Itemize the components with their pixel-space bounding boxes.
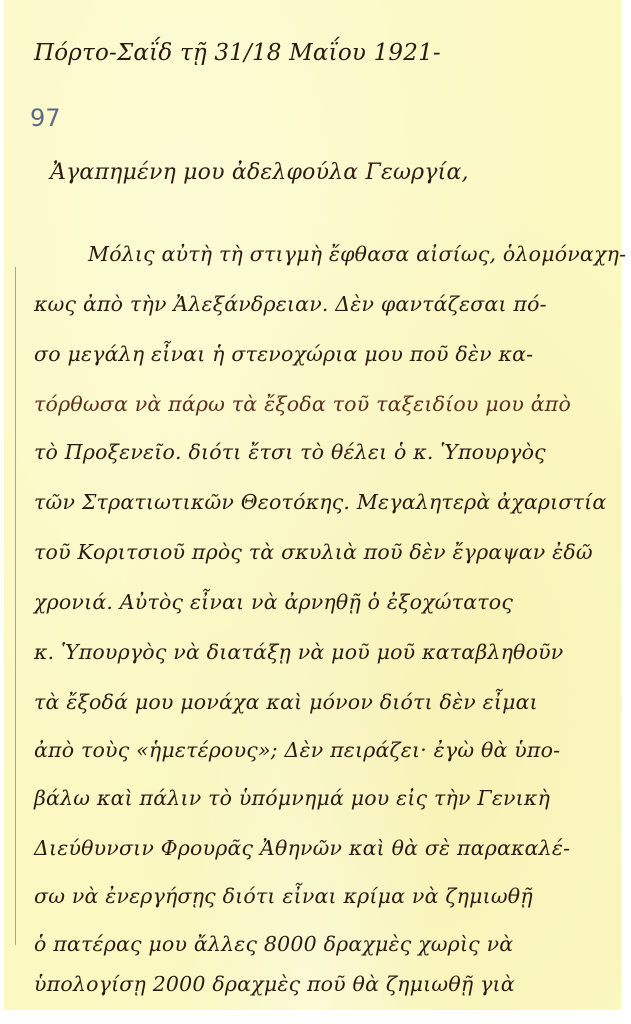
body-line: τὰ ἔξοδά μου μονάχα καὶ μόνον διότι δὲν … [34,690,538,714]
body-line: ἀπὸ τοὺς «ἡμετέρους»; Δὲν πειράζει· ἐγὼ … [34,738,560,762]
body-line: τόρθωσα νὰ πάρω τὰ ἔξοδα τοῦ ταξειδίου μ… [34,392,571,416]
body-line: Μόλις αὐτὴ τὴ στιγμὴ ἔφθασα αἰσίως, ὁλομ… [88,242,626,266]
body-line: τῶν Στρατιωτικῶν Θεοτόκης. Μεγαλητερὰ ἀχ… [34,490,606,514]
body-line: βάλω καὶ πάλιν τὸ ὑπόμνημά μου εἰς τὴν Γ… [34,786,550,810]
letter-salutation: Ἀγαπημένη μου ἀδελφούλα Γεωργία, [50,160,469,185]
body-line: κ. Ὑπουργὸς νὰ διατάξῃ νὰ μοῦ μοῦ καταβλ… [34,640,563,664]
body-line: τοῦ Κοριτσιοῦ πρὸς τὰ σκυλιὰ ποῦ δὲν ἔγρ… [34,540,593,564]
body-line: σω νὰ ἐνεργήσῃς διότι εἶναι κρίμα νὰ ζημ… [34,884,533,908]
body-line: ὁ πατέρας μου ἄλλες 8000 δραχμὲς χωρὶς ν… [34,932,513,956]
body-line: ὑπολογίσῃ 2000 δραχμὲς ποῦ θὰ ζημιωθῇ γι… [34,972,515,996]
body-line: χρονιά. Αὐτὸς εἶναι νὰ ἀρνηθῇ ὁ ἐξοχώτατ… [34,590,513,614]
letter-dateline: Πόρτο-Σαΐδ τῇ 31/18 Μαΐου 1921- [34,40,441,66]
margin-rule [15,267,16,945]
body-line: κως ἀπὸ τὴν Ἀλεξάνδρειαν. Δὲν φαντάζεσαι… [34,292,547,316]
body-line: Διεύθυνσιν Φρουρᾶς Ἀθηνῶν καὶ θὰ σὲ παρα… [34,836,570,860]
body-line: σο μεγάλη εἶναι ἡ στενοχώρια μου ποῦ δὲν… [34,342,533,366]
body-line: τὸ Προξενεῖο. διότι ἔτσι τὸ θέλει ὁ κ. Ὑ… [34,440,546,464]
letter-paper: Πόρτο-Σαΐδ τῇ 31/18 Μαΐου 1921- 97 Ἀγαπη… [4,0,621,1010]
archive-number-annotation: 97 [30,104,61,132]
